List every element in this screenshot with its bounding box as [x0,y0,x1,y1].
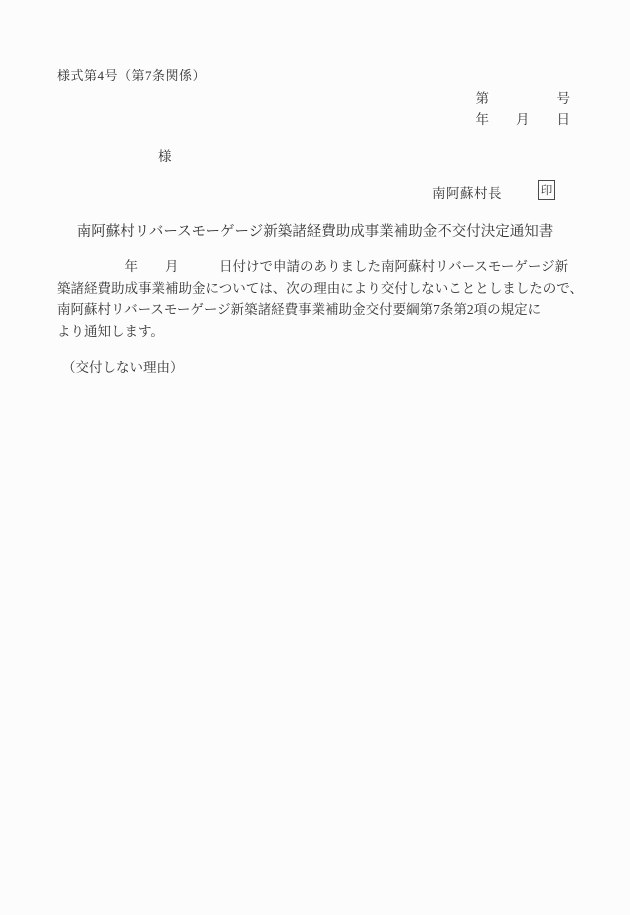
reason-label: （交付しない理由） [62,356,184,376]
body-paragraph: 年 月 日付けで申請のありました南阿蘇村リバースモーゲージ新 築諸経費助成事業補… [57,256,582,342]
body-line-4: より通知します。 [57,321,582,343]
form-number: 様式第4号（第7条関係） [57,65,206,84]
addressee-honorific: 様 [158,145,172,165]
document-page: 様式第4号（第7条関係） 第 号 年 月 日 様 南阿蘇村長 印 南阿蘇村リバー… [0,0,630,915]
date-line: 年 月 日 [476,108,571,128]
document-title: 南阿蘇村リバースモーゲージ新築諸経費助成事業補助金不交付決定通知書 [0,220,630,241]
body-line-3: 南阿蘇村リバースモーゲージ新築諸経費事業補助金交付要綱第7条第2項の規定に [57,299,582,321]
body-line-1: 年 月 日付けで申請のありました南阿蘇村リバースモーゲージ新 [57,256,582,278]
seal-mark: 印 [538,180,555,200]
sender-name: 南阿蘇村長 [432,182,502,202]
body-line-2: 築諸経費助成事業補助金については、次の理由により交付しないこととしましたので、 [57,278,582,300]
document-number-line: 第 号 [476,87,571,107]
